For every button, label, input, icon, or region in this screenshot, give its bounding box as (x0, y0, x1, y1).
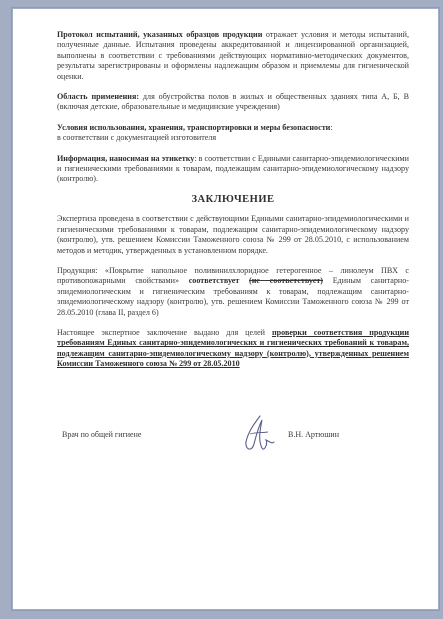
expertise-paragraph: Экспертиза проведена в соответствии с де… (57, 214, 409, 256)
usage-conditions-colon: : (330, 123, 332, 132)
purpose-paragraph: Настоящее экспертное заключение выдано д… (57, 328, 409, 370)
purpose-pre: Настоящее экспертное заключение выдано д… (57, 328, 272, 337)
test-protocol-paragraph: Протокол испытаний, указанных образцов п… (57, 30, 409, 82)
usage-conditions-text: в соответствии с документацией изготовит… (57, 133, 216, 142)
label-info-lead: Информация, наносимая на этикетку (57, 154, 194, 163)
application-area-paragraph: Область применения: для обустройства пол… (57, 92, 409, 113)
product-compliance-paragraph: Продукция: «Покрытие напольное поливинил… (57, 266, 409, 318)
not-complies-struck-text: (не соответствует) (249, 276, 323, 285)
usage-conditions-lead: Условия использования, хранения, транспо… (57, 123, 330, 132)
handwritten-signature-icon (240, 414, 276, 458)
complies-text: соответствует (189, 276, 240, 285)
signer-name: В.Н. Артюшин (288, 430, 339, 439)
document-body: Протокол испытаний, указанных образцов п… (57, 30, 409, 380)
application-area-lead: Область применения: (57, 92, 139, 101)
label-info-paragraph: Информация, наносимая на этикетку: в соо… (57, 154, 409, 185)
test-protocol-lead: Протокол испытаний, указанных образцов п… (57, 30, 262, 39)
conclusion-heading: ЗАКЛЮЧЕНИЕ (57, 195, 409, 205)
signer-role: Врач по общей гигиене (62, 430, 141, 439)
usage-conditions-paragraph: Условия использования, хранения, транспо… (57, 123, 409, 144)
signature-block: Врач по общей гигиене В.Н. Артюшин (62, 426, 362, 466)
